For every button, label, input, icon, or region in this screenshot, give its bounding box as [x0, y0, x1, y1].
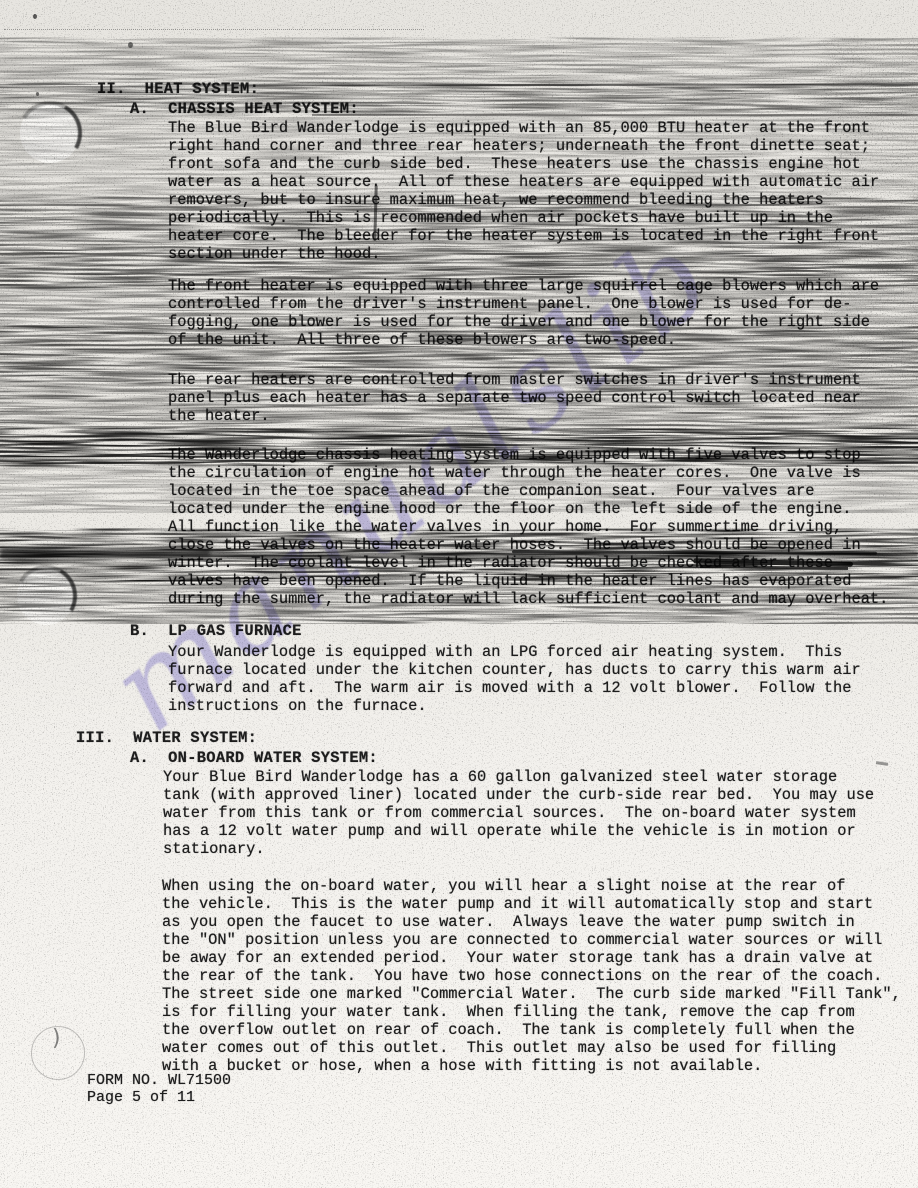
- heading-chassis-heat-system: A. CHASSIS HEAT SYSTEM:: [130, 100, 359, 118]
- footer-form-number: FORM NO. WL71500: [87, 1072, 231, 1090]
- paragraph-water-1: Your Blue Bird Wanderlodge has a 60 gall…: [163, 768, 874, 858]
- hole-punch-top: [20, 103, 80, 163]
- scanned-manual-page: manualslib ) II. HEAT SYSTEM: A. CHASSIS…: [0, 0, 918, 1188]
- paragraph-chassis-1: The Blue Bird Wanderlodge is equipped wi…: [168, 119, 879, 263]
- pen-paren-mark: ): [52, 1026, 61, 1051]
- footer-page-number: Page 5 of 11: [87, 1089, 195, 1107]
- speck-3: [36, 92, 39, 96]
- speck-4: [876, 761, 888, 766]
- paragraph-water-2: When using the on-board water, you will …: [162, 877, 901, 1075]
- scan-line-top: [4, 29, 424, 30]
- scan-line-subheading: [312, 114, 918, 116]
- hole-punch-middle: [17, 567, 75, 625]
- speck-2: [128, 42, 133, 48]
- speck-1: [33, 14, 37, 19]
- scan-line-heading: [192, 83, 918, 86]
- heading-heat-system: II. HEAT SYSTEM:: [97, 80, 259, 98]
